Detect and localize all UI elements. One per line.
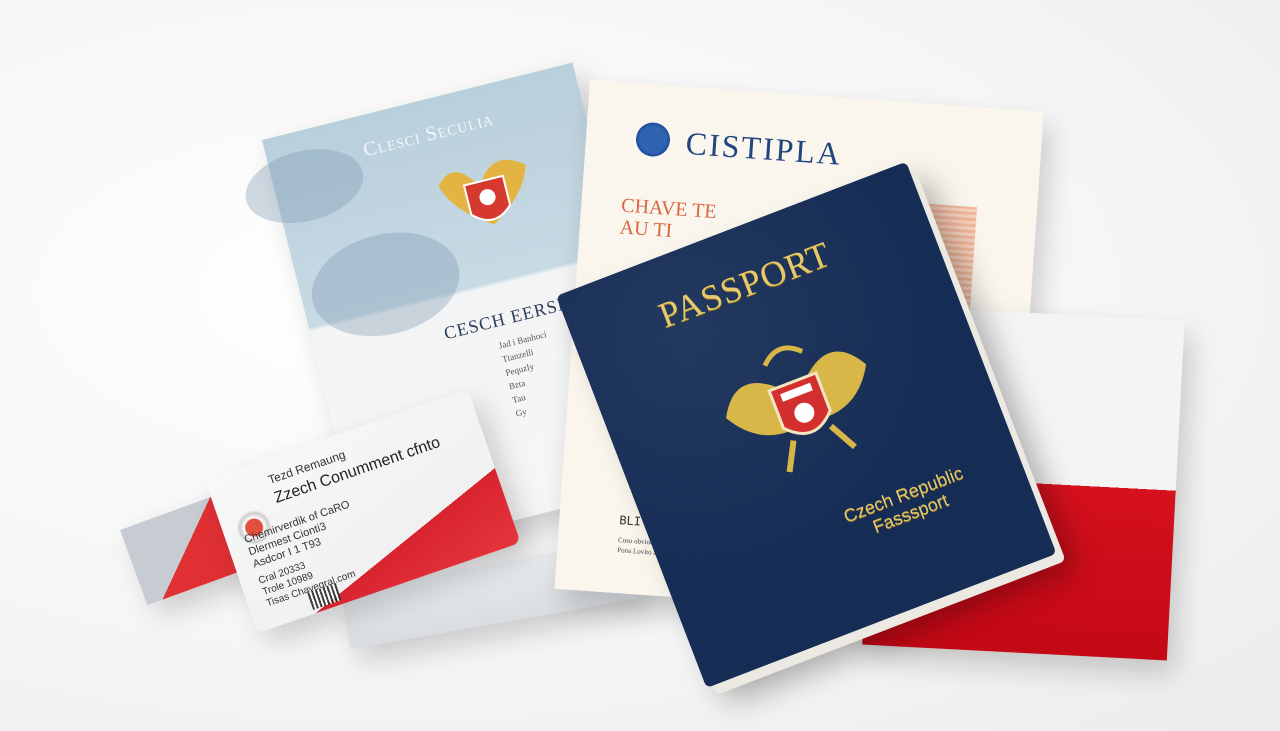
blue-document-lines: Jad i Banhoci Ttanzelli Pequzly Bzta Tau…: [497, 327, 565, 420]
certificate-heading: CISTIPLA: [685, 125, 844, 173]
emblem-icon: [635, 121, 671, 157]
certificate-subheading: CHAVE TE AU TI: [619, 195, 717, 246]
coat-of-arms-icon: [422, 133, 553, 257]
passport-title: PASSPORT: [653, 233, 837, 337]
eagle-crest-icon: [702, 311, 902, 499]
watermark-swirl: [238, 138, 371, 235]
passport-footer: Czech Republic Fasssport: [841, 463, 973, 546]
